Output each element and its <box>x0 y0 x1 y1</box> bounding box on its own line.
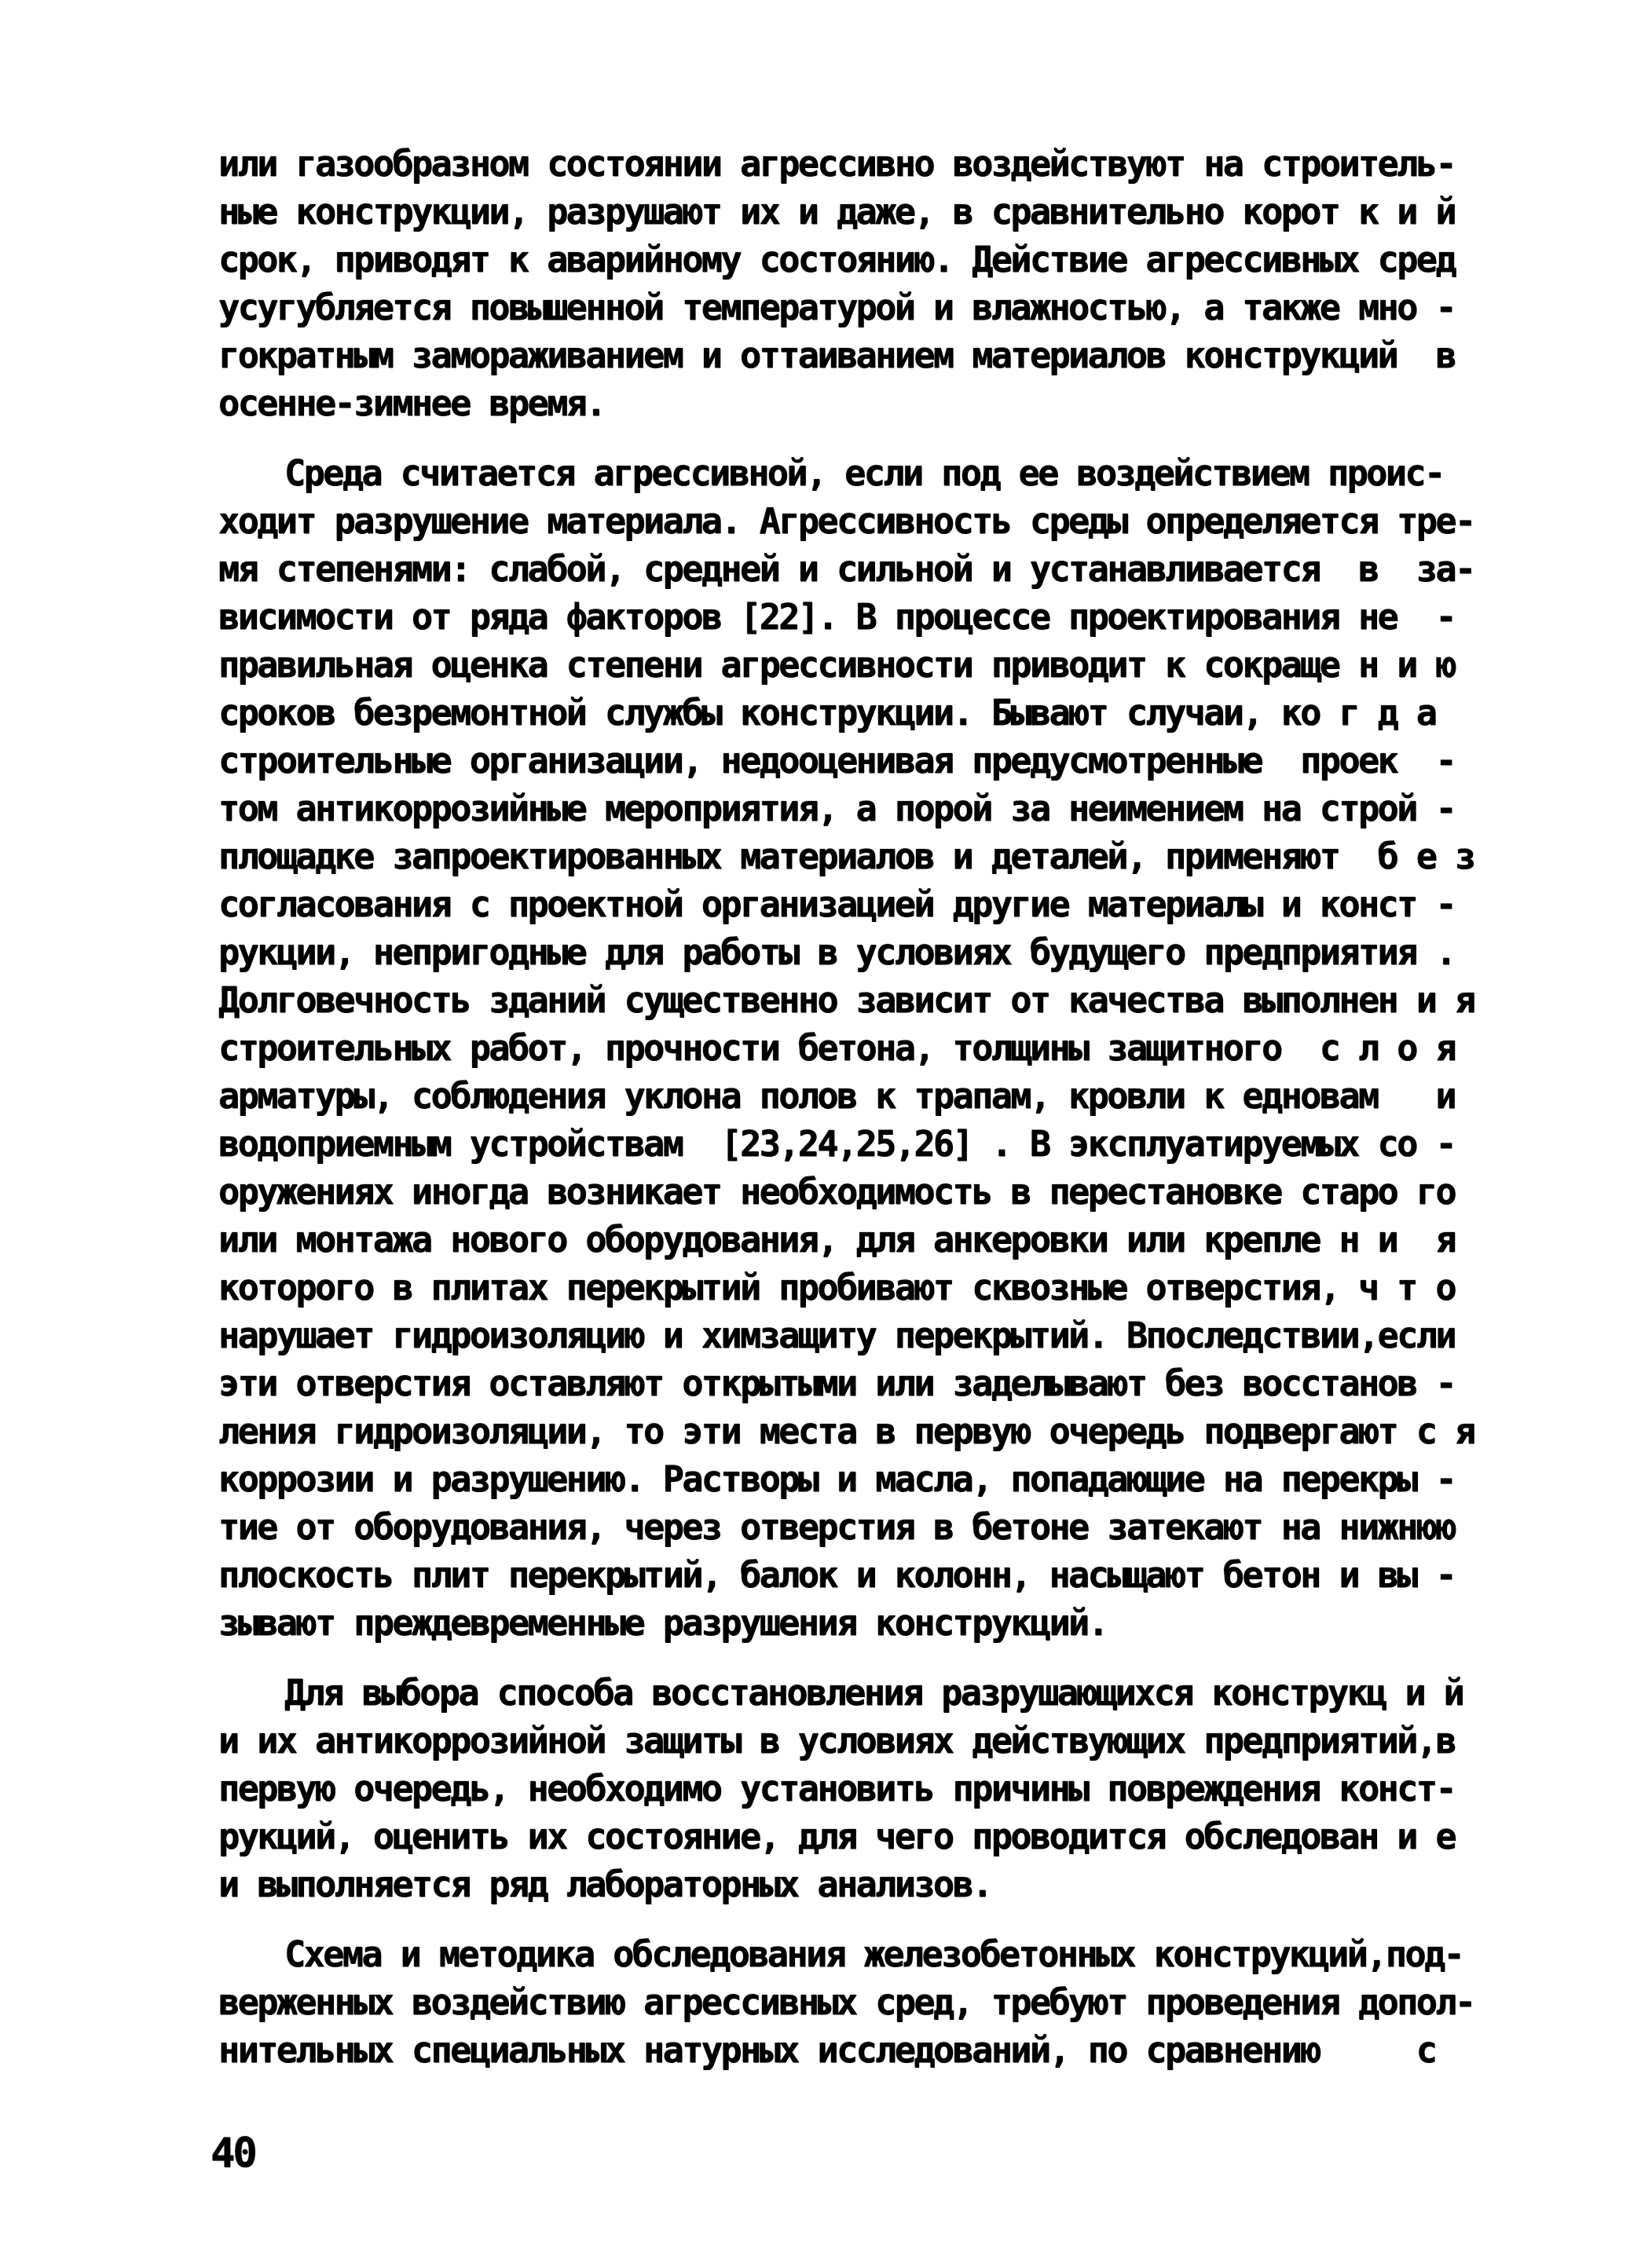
text-line: рукций, оценить их состояние, для чего п… <box>218 1813 1546 1860</box>
text-line: тие от оборудования, через отверстия в б… <box>218 1503 1546 1551</box>
text-line: Схема и методика обследования железобето… <box>218 1930 1546 1978</box>
text-line: плоскость плит перекрытий, балок и колон… <box>218 1551 1546 1599</box>
text-line: и их антикоррозийной защиты в условиях д… <box>218 1717 1546 1765</box>
text-line: мя степенями: слабой, средней и сильной … <box>218 545 1546 593</box>
document-page: или газообразном состоянии агрессивно во… <box>0 0 1641 2268</box>
text-line: арматуры, соблюдения уклона полов к трап… <box>218 1072 1546 1120</box>
text-line: которого в плитах перекрытий пробивают с… <box>218 1264 1546 1311</box>
text-line: ные конструкции, разрушают их и даже, в … <box>218 188 1546 236</box>
text-line: строительных работ, прочности бетона, то… <box>218 1024 1546 1072</box>
paragraph: Среда считается агрессивной, если под ее… <box>218 449 1546 1647</box>
text-line: срок, приводят к аварийному состоянию. Д… <box>218 236 1546 283</box>
text-line: эти отверстия оставляют открытыми или за… <box>218 1359 1546 1407</box>
text-line: нарушает гидроизоляцию и химзащиту перек… <box>218 1311 1546 1359</box>
text-line: Для выбора способа восстановления разруш… <box>218 1669 1546 1717</box>
text-line: осенне-зимнее время. <box>218 379 1546 427</box>
paragraph: Для выбора способа восстановления разруш… <box>218 1669 1546 1908</box>
text-line: усугубляется повышенной температурой и в… <box>218 283 1546 331</box>
text-line: Долговечность зданий существенно зависит… <box>218 976 1546 1024</box>
text-line: нительных специальных натурных исследова… <box>218 2026 1546 2074</box>
page-number: 40 <box>211 2130 255 2177</box>
text-line: сроков безремонтной службы конструкции. … <box>218 689 1546 737</box>
text-line: том антикоррозийные мероприятия, а порой… <box>218 785 1546 832</box>
text-line: или газообразном состоянии агрессивно во… <box>218 140 1546 188</box>
text-line: рукции, непригодные для работы в условия… <box>218 928 1546 976</box>
text-line: площадке запроектированных материалов и … <box>218 832 1546 880</box>
text-line: согласования с проектной организацией др… <box>218 880 1546 928</box>
text-line: гократным замораживанием и оттаиванием м… <box>218 331 1546 379</box>
text-line: водоприемным устройствам [23,24,25,26] .… <box>218 1120 1546 1168</box>
text-line: коррозии и разрушению. Растворы и масла,… <box>218 1455 1546 1503</box>
text-line: и выполняется ряд лабораторных анализов. <box>218 1860 1546 1908</box>
text-line: Среда считается агрессивной, если под ее… <box>218 449 1546 497</box>
paragraph: Схема и методика обследования железобето… <box>218 1930 1546 2074</box>
text-line: ления гидроизоляции, то эти места в перв… <box>218 1407 1546 1455</box>
text-line: первую очередь, необходимо установить пр… <box>218 1765 1546 1813</box>
text-line: висимости от ряда факторов [22]. В проце… <box>218 593 1546 641</box>
text-line: верженных воздействию агрессивных сред, … <box>218 1978 1546 2026</box>
text-line: или монтажа нового оборудования, для анк… <box>218 1216 1546 1264</box>
text-line: строительные организации, недооценивая п… <box>218 737 1546 785</box>
text-line: ходит разрушение материала. Агрессивност… <box>218 497 1546 545</box>
text-block: или газообразном состоянии агрессивно во… <box>218 140 1546 2074</box>
text-line: правильная оценка степени агрессивности … <box>218 641 1546 689</box>
text-line: оружениях иногда возникает необходимость… <box>218 1168 1546 1216</box>
text-line: зывают преждевременные разрушения констр… <box>218 1599 1546 1647</box>
paragraph: или газообразном состоянии агрессивно во… <box>218 140 1546 427</box>
